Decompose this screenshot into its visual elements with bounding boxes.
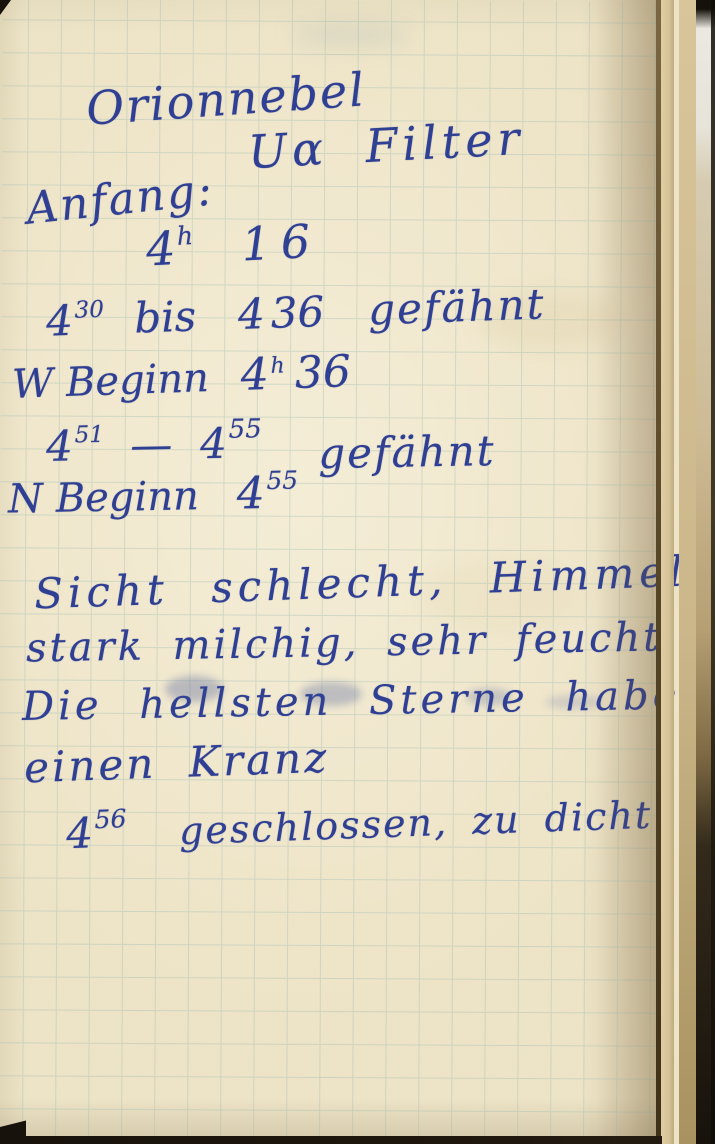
handwriting-text: 4 [236,468,265,519]
handwriting-text: einen Kranz [23,733,330,793]
handwriting-text: 4 [65,808,93,858]
handwritten-line: 430bis436gefähnt [45,279,546,345]
handwriting-text: 4 [46,421,74,470]
handwriting-text: W Beginn [11,355,209,408]
handwriting-superscript: 51 [74,422,104,449]
handwritten-line: stark milchig, sehr feucht [26,614,663,671]
notebook-paper: Orionnebel Uα Filter Anfang: 4h16 430bis… [0,0,660,1144]
scan-right-border [711,0,715,1144]
scan-bottom-edge [0,1136,662,1144]
handwriting-superscript: 30 [74,296,104,323]
handwriting-text: 36 [294,346,352,399]
handwritten-line: W Beginn4h36 [11,346,352,409]
paper-stain [290,22,410,48]
handwriting-text: N Beginn [8,473,199,522]
handwriting-text: 4 [45,296,73,346]
handwriting-text: geschlossen, zu dicht [178,793,653,853]
scan-corner-mark [0,0,11,15]
handwriting-text: — [130,419,173,469]
handwriting-superscript: 55 [266,465,298,495]
handwritten-line: Sicht schlecht, Himmel [33,547,688,619]
handwriting-text: gefähnt [318,426,496,478]
page-edge-strip [679,0,696,1144]
handwriting-text: 4 [145,221,177,276]
handwritten-line: 451—455gefähnt [46,410,496,470]
gutter-shadow [596,0,656,1144]
handwriting-superscript: h [270,353,285,378]
handwriting-text: gefähnt [367,279,546,334]
handwriting-text: stark milchig, sehr feucht [26,614,663,671]
handwritten-line: 456geschlossen, zu dicht [65,786,653,858]
handwriting-text: 4 [240,349,270,401]
handwriting-text: 16 [240,213,321,271]
handwriting-text: bis [133,291,197,342]
handwritten-line: einen Kranz [23,733,330,793]
notebook-scan-page: Orionnebel Uα Filter Anfang: 4h16 430bis… [0,0,715,1144]
page-edge-strip [661,0,674,1144]
handwriting-superscript: h [176,221,194,251]
handwriting-text: 4 [200,418,228,467]
handwriting-superscript: 56 [94,804,127,834]
handwritten-line: N Beginn455 [8,465,299,523]
handwriting-text: 4 [237,289,265,339]
handwriting-text: 36 [270,287,325,338]
handwriting-superscript: 55 [228,414,262,445]
handwriting-text: Sicht schlecht, Himmel [33,547,688,619]
handwritten-line: 4h16 [145,213,322,276]
